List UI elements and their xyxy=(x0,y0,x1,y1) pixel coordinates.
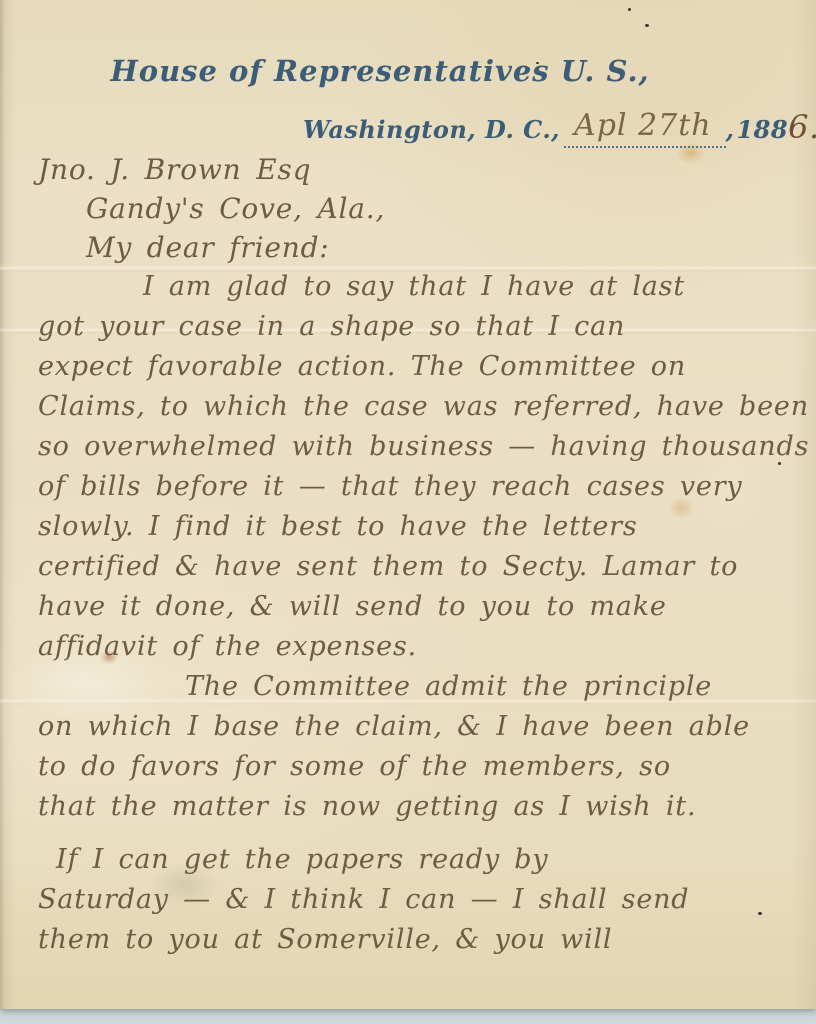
body-line: so overwhelmed with business — having th… xyxy=(38,427,792,467)
date-period: . xyxy=(809,108,816,146)
body-line: expect favorable action. The Committee o… xyxy=(38,347,792,387)
body-line: I am glad to say that I have at last xyxy=(38,267,792,307)
body-line: them to you at Somerville, & you will xyxy=(38,920,792,960)
letterhead-place: Washington, D. C., xyxy=(303,115,560,144)
printed-year-prefix: 188 xyxy=(736,115,788,144)
body-line: If I can get the papers ready by xyxy=(38,840,792,880)
body-line: of bills before it — that they reach cas… xyxy=(38,467,792,507)
date-blank-line: Apl 27th xyxy=(564,111,726,148)
letterhead-institution: House of Representatives U. S., xyxy=(0,54,760,88)
body-line: got your case in a shape so that I can xyxy=(38,307,792,347)
recipient-location: Gandy's Cove, Ala., xyxy=(38,189,792,228)
body-line: that the matter is now getting as I wish… xyxy=(38,787,792,827)
body-line: to do favors for some of the members, so xyxy=(38,747,792,787)
body-line: on which I base the claim, & I have been… xyxy=(38,707,792,747)
letterhead-dateline: Washington, D. C.,Apl 27th,1886. xyxy=(303,108,816,148)
body-line: certified & have sent them to Secty. Lam… xyxy=(38,547,792,587)
handwritten-body: Jno. J. Brown Esq Gandy's Cove, Ala., My… xyxy=(38,150,792,960)
body-line: Claims, to which the case was referred, … xyxy=(38,387,792,427)
body-line: slowly. I find it best to have the lette… xyxy=(38,507,792,547)
letter-paper: House of Representatives U. S., Washingt… xyxy=(0,0,816,1009)
ink-speck xyxy=(645,24,649,27)
body-line: The Committee admit the principle xyxy=(38,667,792,707)
body-line: affidavit of the expenses. xyxy=(38,627,792,667)
ink-speck xyxy=(628,8,631,11)
handwritten-year-digit: 6 xyxy=(788,108,809,146)
body-line: have it done, & will send to you to make xyxy=(38,587,792,627)
salutation: My dear friend: xyxy=(38,228,792,267)
recipient-name: Jno. J. Brown Esq xyxy=(38,150,792,189)
handwritten-date: Apl 27th xyxy=(574,108,712,143)
date-comma: , xyxy=(726,115,735,144)
body-line: Saturday — & I think I can — I shall sen… xyxy=(38,880,792,920)
